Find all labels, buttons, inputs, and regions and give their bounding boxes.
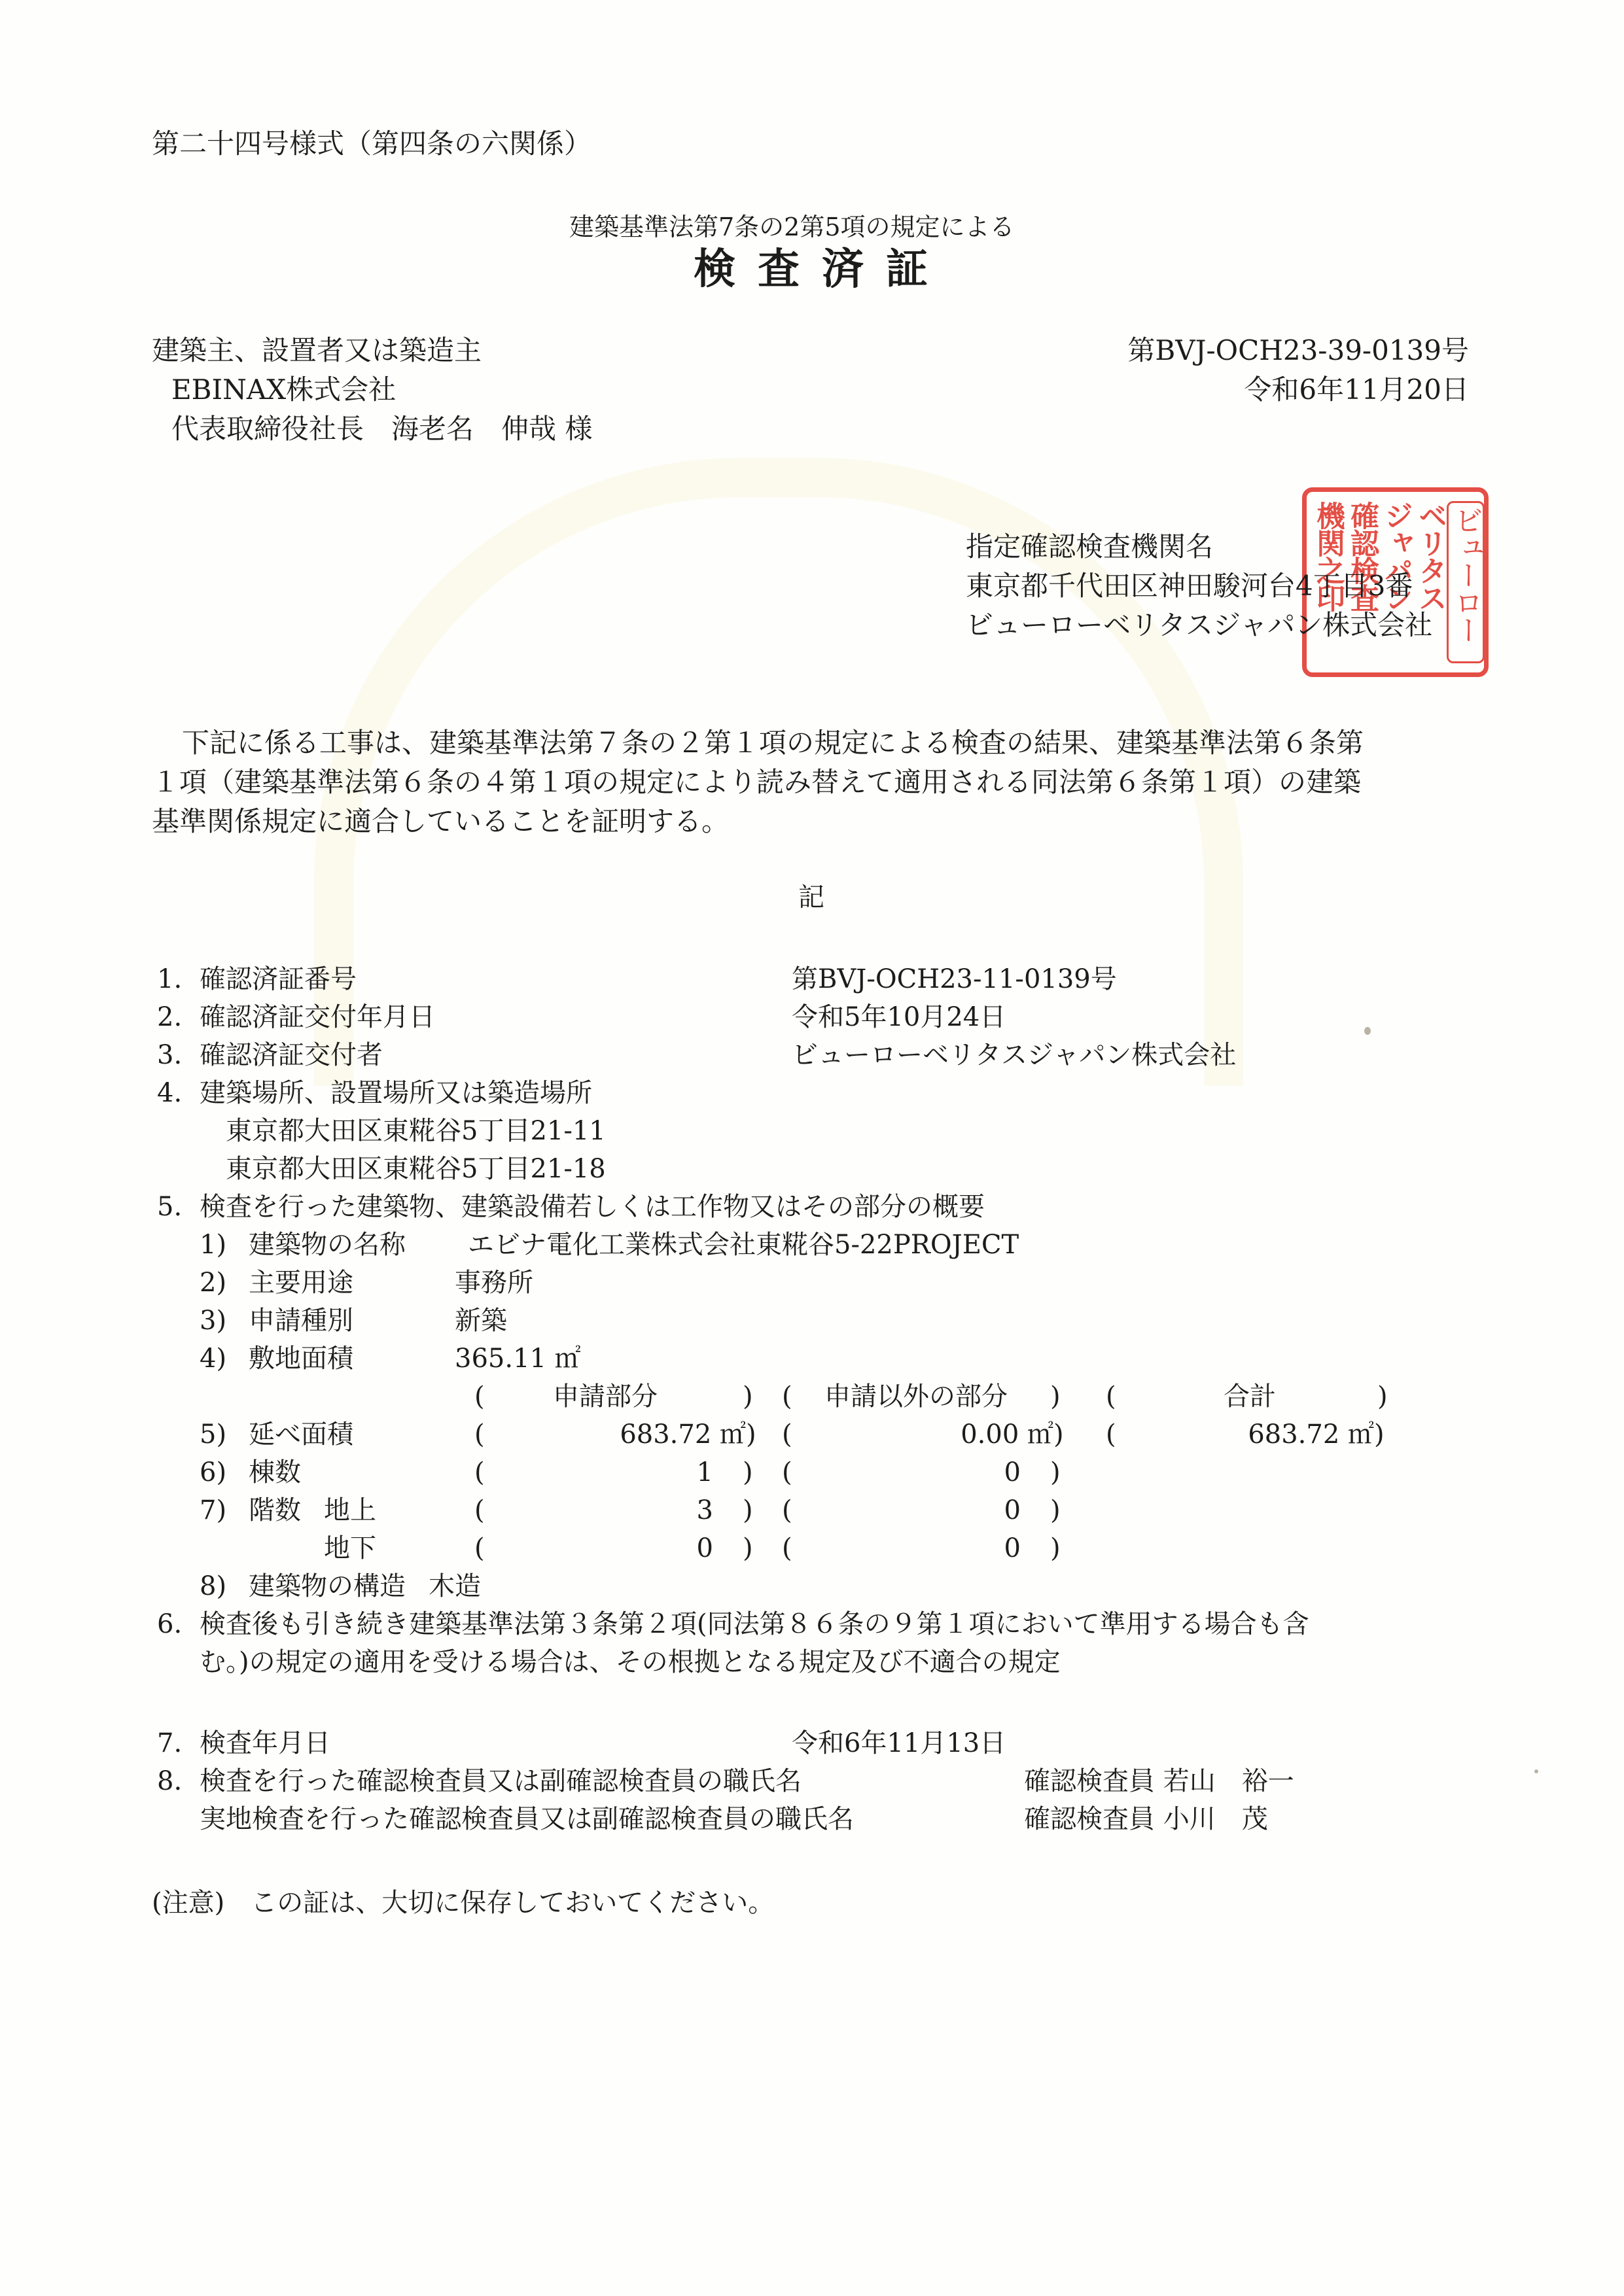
sub-3-number: 3) <box>200 1303 226 1338</box>
sub-2-label: 主要用途 <box>249 1265 353 1300</box>
certificate-date: 令和6年11月20日 <box>981 372 1469 408</box>
sub-8-value: 木造 <box>429 1569 481 1604</box>
sub-6-label: 棟数 <box>249 1455 301 1490</box>
sub-8-label: 建築物の構造 <box>249 1569 406 1604</box>
owner-label: 建築主、設置者又は築造主 <box>152 332 482 369</box>
paren-open: ( <box>782 1493 792 1528</box>
sub-7-above-applied: 3 <box>556 1493 713 1528</box>
paren-close: ) <box>746 1417 756 1452</box>
sub-2-value: 事務所 <box>455 1265 533 1300</box>
paren-open: ( <box>782 1531 792 1566</box>
item-6-number: 6. <box>157 1607 182 1642</box>
paren-close: ) <box>1050 1531 1061 1566</box>
paren-close: ) <box>1050 1455 1061 1490</box>
sub-7-below-applied: 0 <box>556 1531 713 1566</box>
sub-5-number: 5) <box>200 1417 226 1452</box>
item-7-label: 検査年月日 <box>200 1726 330 1761</box>
item-3-value: ビューローベリタスジャパン株式会社 <box>792 1037 1236 1073</box>
sub-7-above-label: 地上 <box>324 1493 376 1528</box>
sub-6-applied: 1 <box>556 1455 713 1490</box>
paren-close: ) <box>1053 1417 1064 1452</box>
owner-company: EBINAX株式会社 <box>171 372 396 408</box>
item-3-number: 3. <box>157 1037 182 1073</box>
sub-7-above-other: 0 <box>851 1493 1021 1528</box>
paren-open: ( <box>1106 1417 1116 1452</box>
paren-open: ( <box>474 1531 485 1566</box>
column-other: 申請以外の部分 <box>824 1379 1008 1414</box>
paren-open: ( <box>474 1379 485 1414</box>
document-title: 検査済証 <box>694 243 950 296</box>
scan-speck <box>1364 1027 1371 1035</box>
item-4-address-1: 東京都大田区東糀谷5丁目21-11 <box>226 1113 606 1149</box>
sub-7-number: 7) <box>200 1493 226 1528</box>
paren-open: ( <box>474 1493 485 1528</box>
paren-close: ) <box>743 1379 753 1414</box>
paren-close: ) <box>1050 1379 1061 1414</box>
paren-close: ) <box>743 1493 753 1528</box>
item-5-number: 5. <box>157 1189 182 1225</box>
item-5-label: 検査を行った建築物、建築設備若しくは工作物又はその部分の概要 <box>200 1189 985 1225</box>
sub-3-label: 申請種別 <box>249 1303 353 1338</box>
sub-6-other: 0 <box>851 1455 1021 1490</box>
agency-address: 東京都千代田区神田駿河台4丁目3番 <box>966 568 1413 604</box>
owner-representative: 代表取締役社長 海老名 伸哉 様 <box>171 411 592 447</box>
statement-line-1: 下記に係る工事は、建築基準法第７条の２第１項の規定による検査の結果、建築基準法第… <box>182 725 1364 761</box>
item-8-value-2: 確認検査員 小川 茂 <box>1024 1801 1268 1837</box>
column-applied: 申請部分 <box>553 1379 658 1414</box>
item-7-value: 令和6年11月13日 <box>792 1726 1006 1761</box>
paren-close: ) <box>1377 1379 1388 1414</box>
document-subtitle: 建築基準法第7条の2第5項の規定による <box>569 211 1015 243</box>
sub-4-label: 敷地面積 <box>249 1341 353 1376</box>
item-8-number: 8. <box>157 1764 182 1799</box>
item-8-label: 検査を行った確認検査員又は副確認検査員の職氏名 <box>200 1764 802 1799</box>
paren-open: ( <box>1106 1379 1116 1414</box>
item-1-label: 確認済証番号 <box>200 962 357 997</box>
statement-line-3: 基準関係規定に適合していることを証明する。 <box>152 803 729 840</box>
agency-name: ビューローベリタスジャパン株式会社 <box>966 607 1432 644</box>
paren-close: ) <box>1374 1417 1385 1452</box>
item-2-label: 確認済証交付年月日 <box>200 1000 435 1035</box>
item-6-line-1: 検査後も引き続き建築基準法第３条第２項(同法第８６条の９第１項において準用する場… <box>200 1607 1309 1642</box>
sub-5-total: 683.72 ㎡ <box>1178 1417 1374 1452</box>
sub-2-number: 2) <box>200 1265 226 1300</box>
sub-1-value: エビナ電化工業株式会社東糀谷5-22PROJECT <box>468 1227 1019 1262</box>
sub-4-number: 4) <box>200 1341 226 1376</box>
paren-close: ) <box>743 1455 753 1490</box>
item-1-number: 1. <box>157 962 182 997</box>
item-8-label-2: 実地検査を行った確認検査員又は副確認検査員の職氏名 <box>200 1801 854 1837</box>
note: (注意) この証は、大切に保存しておいてください。 <box>152 1885 774 1921</box>
sub-6-number: 6) <box>200 1455 226 1490</box>
ki-heading: 記 <box>798 880 824 915</box>
paren-close: ) <box>743 1531 753 1566</box>
sub-7-below-label: 地下 <box>324 1531 376 1566</box>
item-6-line-2: む。)の規定の適用を受ける場合は、その根拠となる規定及び不適合の規定 <box>200 1644 1061 1680</box>
sub-7-below-other: 0 <box>851 1531 1021 1566</box>
statement-line-2: １項（建築基準法第６条の４第１項の規定により読み替えて適用される同法第６条第１項… <box>152 764 1361 801</box>
seal-text: ビューロー <box>1447 501 1485 663</box>
sub-3-value: 新築 <box>455 1303 507 1338</box>
paren-open: ( <box>474 1417 485 1452</box>
item-3-label: 確認済証交付者 <box>200 1037 383 1073</box>
paren-open: ( <box>474 1455 485 1490</box>
item-2-number: 2. <box>157 1000 182 1035</box>
paren-open: ( <box>782 1455 792 1490</box>
form-number: 第二十四号様式（第四条の六関係） <box>152 126 591 162</box>
item-1-value: 第BVJ-OCH23-11-0139号 <box>792 962 1117 997</box>
sub-5-applied: 683.72 ㎡ <box>556 1417 746 1452</box>
sub-8-number: 8) <box>200 1569 226 1604</box>
sub-7-label: 階数 <box>249 1493 301 1528</box>
item-8-value: 確認検査員 若山 裕一 <box>1024 1764 1294 1799</box>
certificate-number: 第BVJ-OCH23-39-0139号 <box>981 332 1469 369</box>
item-2-value: 令和5年10月24日 <box>792 1000 1006 1035</box>
column-total: 合計 <box>1224 1379 1276 1414</box>
sub-1-number: 1) <box>200 1227 226 1262</box>
item-4-address-2: 東京都大田区東糀谷5丁目21-18 <box>226 1151 606 1187</box>
sub-5-label: 延べ面積 <box>249 1417 353 1452</box>
paren-close: ) <box>1050 1493 1061 1528</box>
paren-open: ( <box>782 1417 792 1452</box>
agency-label: 指定確認検査機関名 <box>966 529 1213 565</box>
sub-4-value: 365.11 ㎡ <box>455 1341 581 1376</box>
paren-open: ( <box>782 1379 792 1414</box>
item-4-number: 4. <box>157 1075 182 1111</box>
item-7-number: 7. <box>157 1726 182 1761</box>
sub-1-label: 建築物の名称 <box>249 1227 406 1262</box>
item-4-label: 建築場所、設置場所又は築造場所 <box>200 1075 592 1111</box>
scan-speck <box>1534 1769 1538 1773</box>
sub-5-other: 0.00 ㎡ <box>851 1417 1053 1452</box>
